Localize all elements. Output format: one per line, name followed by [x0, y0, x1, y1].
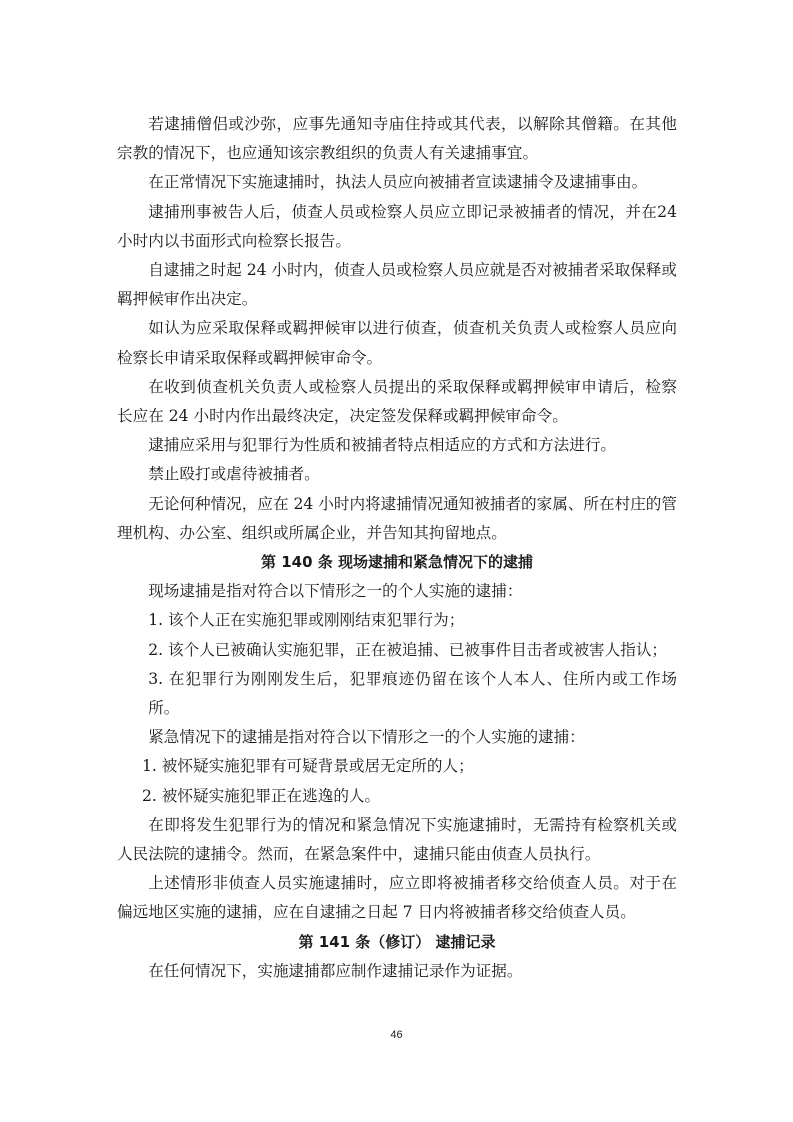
paragraph-24h-decision: 自逮捕之时起 24 小时内，侦查人员或检察人员应就是否对被捕者采取保释或羁押候审… — [117, 256, 677, 314]
paragraph-arrest-method: 逮捕应采用与犯罪行为性质和被捕者特点相适应的方式和方法进行。 — [117, 431, 677, 460]
paragraph-no-abuse: 禁止殴打或虐待被捕者。 — [117, 460, 677, 489]
list-item-emergency-2: 2. 被怀疑实施犯罪正在逃逸的人。 — [117, 782, 677, 811]
paragraph-arrest-record: 在任何情况下，实施逮捕都应制作逮捕记录作为证据。 — [117, 957, 677, 986]
paragraph-transfer-investigator: 上述情形非侦查人员实施逮捕时，应立即将被捕者移交给侦查人员。对于在偏远地区实施的… — [117, 869, 677, 927]
document-page: 若逮捕僧侣或沙弥，应事先通知寺庙住持或其代表，以解除其僧籍。在其他宗教的情况下，… — [117, 110, 677, 986]
paragraph-emergency-definition: 紧急情况下的逮捕是指对符合以下情形之一的个人实施的逮捕： — [117, 723, 677, 752]
article-140-heading: 第 140 条 现场逮捕和紧急情况下的逮捕 — [117, 548, 677, 577]
paragraph-monk-arrest: 若逮捕僧侣或沙弥，应事先通知寺庙住持或其代表，以解除其僧籍。在其他宗教的情况下，… — [117, 110, 677, 168]
article-141-heading: 第 141 条（修订） 逮捕记录 — [117, 928, 677, 957]
list-item-flagrant-2: 2. 该个人已被确认实施犯罪，正在被追捕、已被事件目击者或被害人指认； — [117, 636, 677, 665]
paragraph-flagrant-definition: 现场逮捕是指对符合以下情形之一的个人实施的逮捕： — [117, 577, 677, 606]
paragraph-notify-family: 无论何种情况，应在 24 小时内将逮捕情况通知被捕者的家属、所在村庄的管理机构、… — [117, 490, 677, 548]
paragraph-read-warrant: 在正常情况下实施逮捕时，执法人员应向被捕者宣读逮捕令及逮捕事由。 — [117, 168, 677, 197]
list-item-flagrant-1: 1. 该个人正在实施犯罪或刚刚结束犯罪行为； — [117, 606, 677, 635]
list-item-flagrant-3: 3. 在犯罪行为刚刚发生后，犯罪痕迹仍留在该个人本人、住所内或工作场所。 — [117, 665, 677, 723]
paragraph-no-warrant-needed: 在即将发生犯罪行为的情况和紧急情况下实施逮捕时，无需持有检察机关或人民法院的逮捕… — [117, 811, 677, 869]
paragraph-prosecutor-decision: 在收到侦查机关负责人或检察人员提出的采取保释或羁押候审申请后，检察长应在 24 … — [117, 373, 677, 431]
page-number: 46 — [0, 1029, 793, 1041]
paragraph-apply-order: 如认为应采取保释或羁押候审以进行侦查，侦查机关负责人或检察人员应向检察长申请采取… — [117, 314, 677, 372]
paragraph-record-report: 逮捕刑事被告人后，侦查人员或检察人员应立即记录被捕者的情况，并在24 小时内以书… — [117, 198, 677, 256]
list-item-emergency-1: 1. 被怀疑实施犯罪有可疑背景或居无定所的人； — [117, 752, 677, 781]
